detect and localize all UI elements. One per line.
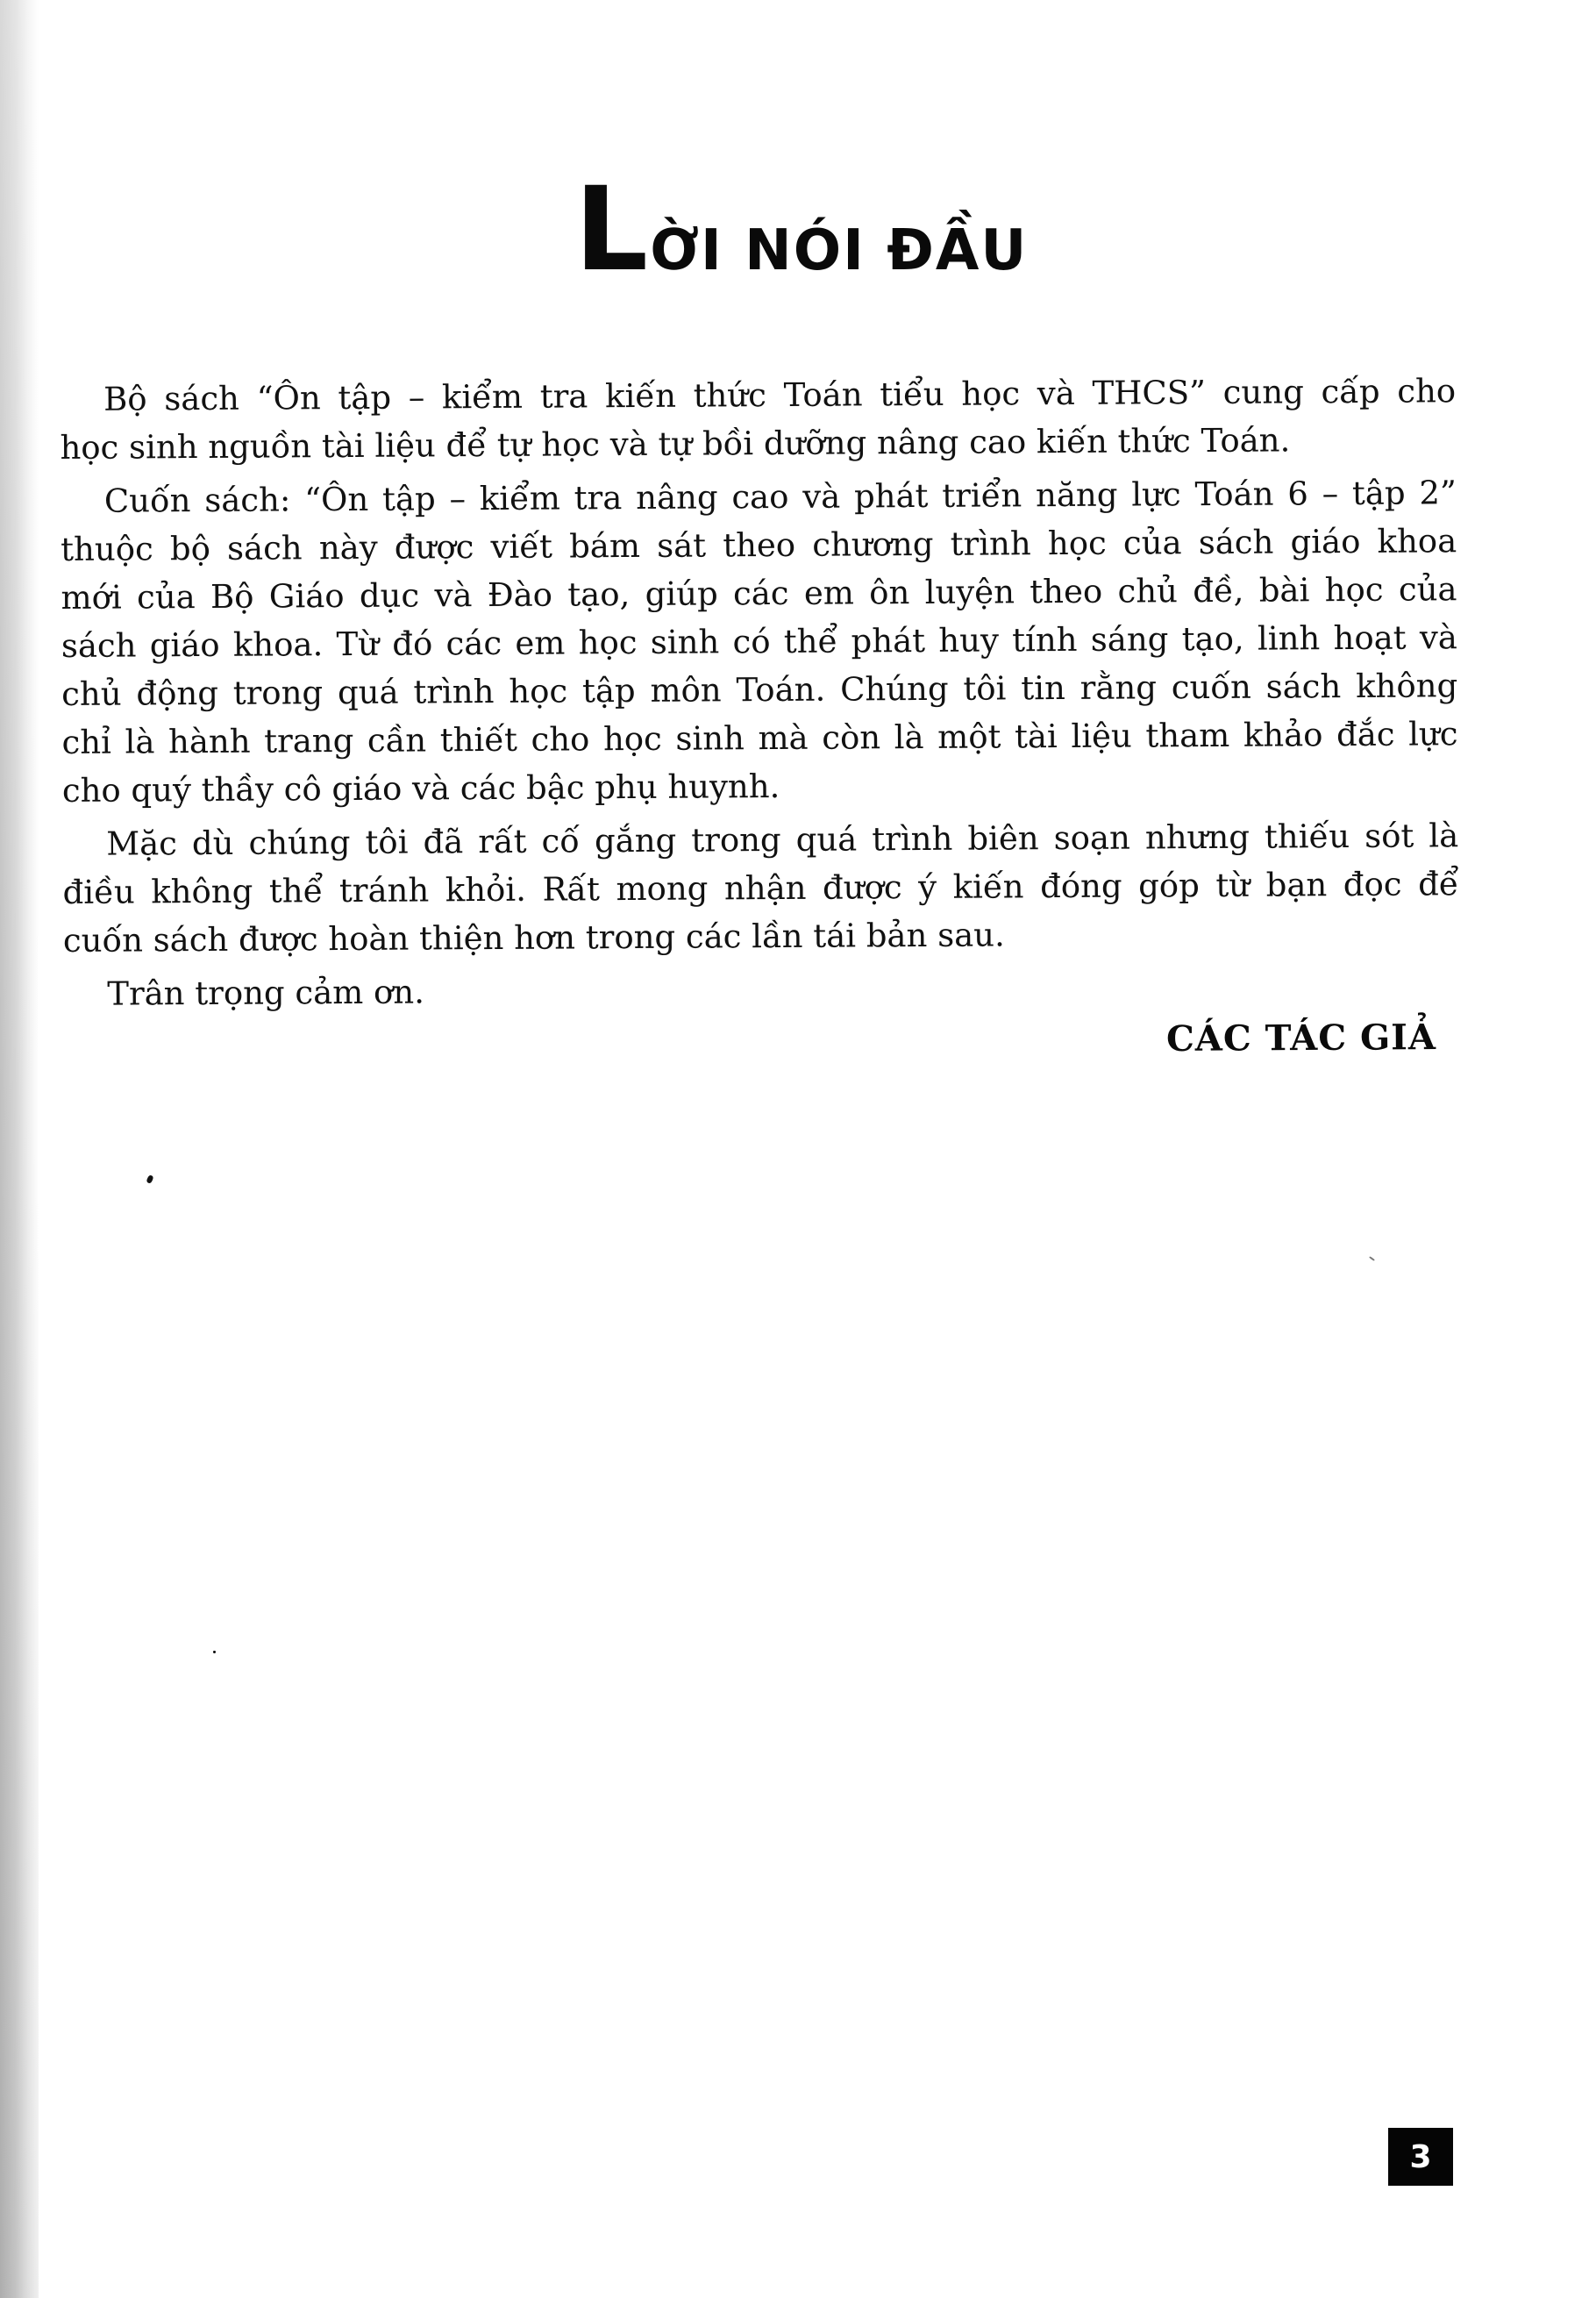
text-line: sách giáo khoa. Từ đó các em học sinh có…	[61, 613, 1457, 670]
text-line: cuốn sách được hoàn thiện hơn trong các …	[63, 908, 1459, 965]
paragraph-3: Mặc dù chúng tôi đã rất cố gắng trong qu…	[62, 811, 1459, 965]
text-line: cho quý thầy cô giáo và các bậc phụ huyn…	[62, 758, 1458, 815]
author-signature: CÁC TÁC GIẢ	[1166, 1017, 1436, 1060]
scan-speck	[1369, 1256, 1375, 1261]
title-rest: ỜI NÓI ĐẦU	[650, 218, 1028, 283]
text-line: Mặc dù chúng tôi đã rất cố gắng trong qu…	[62, 811, 1458, 868]
text-line: điều không thể tránh khỏi. Rất mong nhận…	[62, 860, 1458, 917]
title-drop-letter: L	[574, 162, 650, 297]
page-title: LỜI NÓI ĐẦU	[574, 172, 1028, 288]
scan-speck	[146, 1174, 153, 1184]
page-number-badge: 3	[1388, 2128, 1453, 2186]
text-line: chỉ là hành trang cần thiết cho học sinh…	[61, 710, 1457, 767]
text-line: Bộ sách “Ôn tập – kiểm tra kiến thức Toá…	[60, 367, 1456, 424]
paragraph-1: Bộ sách “Ôn tập – kiểm tra kiến thức Toá…	[60, 367, 1457, 472]
scan-speck	[213, 1651, 216, 1653]
text-line: mới của Bộ Giáo dục và Đào tạo, giúp các…	[61, 565, 1457, 622]
text-line: chủ động trong quá trình học tập môn Toá…	[61, 661, 1457, 718]
paragraph-closing: Trân trọng cảm ơn.	[63, 961, 1459, 1018]
preface-body: Bộ sách “Ôn tập – kiểm tra kiến thức Toá…	[60, 367, 1459, 1018]
page-number: 3	[1409, 2139, 1431, 2175]
paragraph-2: Cuốn sách: “Ôn tập – kiểm tra nâng cao v…	[61, 468, 1458, 815]
text-line: học sinh nguồn tài liệu để tự học và tự …	[60, 415, 1456, 472]
scan-edge-shadow	[0, 0, 39, 2298]
closing-line: Trân trọng cảm ơn.	[63, 961, 1459, 1018]
text-line: Cuốn sách: “Ôn tập – kiểm tra nâng cao v…	[61, 468, 1457, 525]
text-line: thuộc bộ sách này được viết bám sát theo…	[61, 517, 1457, 574]
